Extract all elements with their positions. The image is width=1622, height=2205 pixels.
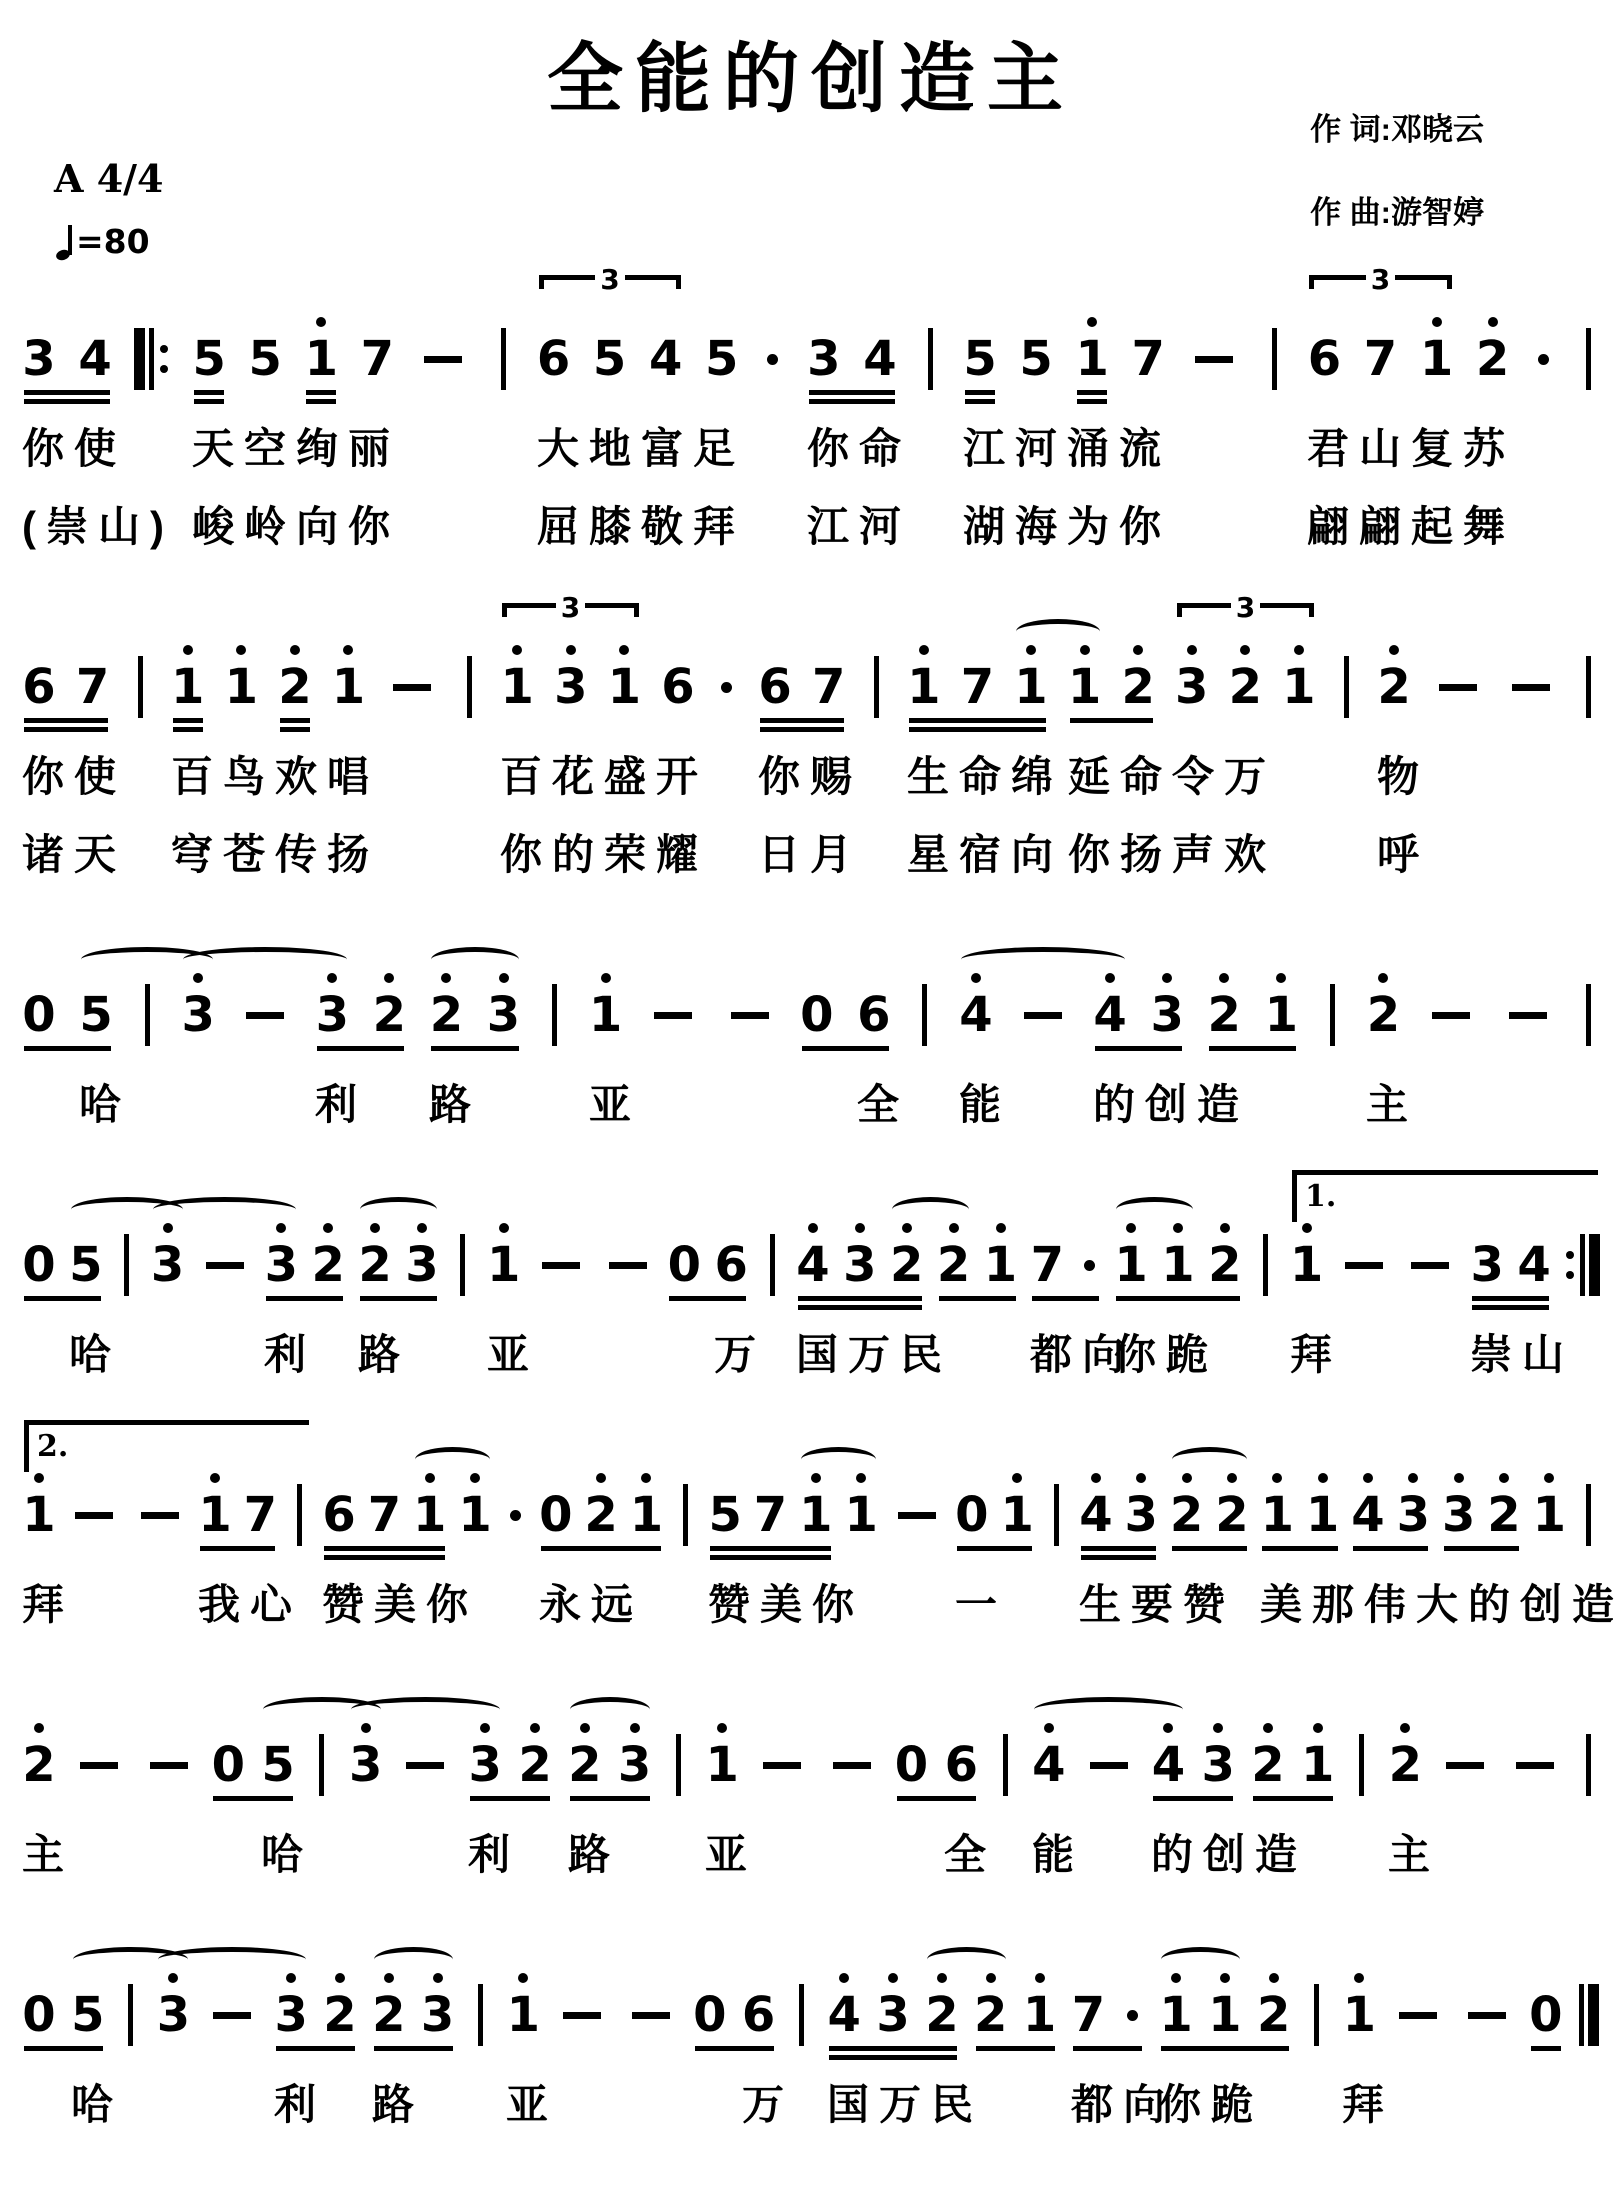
- dash-continuation: [198, 1220, 252, 1294]
- note: 3: [1175, 642, 1209, 716]
- notation-row: 20533223106443212: [22, 1672, 1600, 1814]
- note-digit: 1: [22, 1486, 55, 1544]
- octave-dot: [276, 1223, 286, 1233]
- note-digit: 5: [192, 330, 225, 388]
- note-digit: 4: [828, 1986, 861, 2044]
- note: 1: [705, 1720, 739, 1794]
- lyric-syllable: 国万民: [827, 2072, 983, 2132]
- lyric-syllable: 物: [1377, 744, 1429, 804]
- beam-underline: [1472, 1296, 1549, 1301]
- note: 1: [1290, 1220, 1324, 1294]
- beam-underline: [1081, 1546, 1156, 1551]
- note-digit: 7: [1031, 1236, 1064, 1294]
- note: 3: [405, 1220, 439, 1294]
- barline-single: [1263, 314, 1285, 388]
- dash-continuation: [1501, 970, 1555, 1044]
- octave-dot: [370, 1223, 380, 1233]
- beam-underline: [200, 1546, 275, 1551]
- triplet-bracket: 3: [1309, 266, 1452, 294]
- note-digit: 4: [649, 330, 682, 388]
- key-time-signature: A 4/4: [54, 156, 163, 201]
- rest-note: 0: [22, 1970, 56, 2044]
- lyric-syllable: 生要赞: [1079, 1572, 1235, 1632]
- note: 7: [1131, 314, 1165, 388]
- notation-row: 0533223106443212: [22, 922, 1600, 1064]
- beam-underline: [306, 390, 336, 395]
- note: 7: [1030, 1220, 1064, 1294]
- barline-single: [289, 1470, 311, 1544]
- beam-underline: [470, 1796, 550, 1801]
- dash-continuation: [398, 1720, 452, 1794]
- octave-dot: [937, 1973, 947, 1983]
- notation-row: 05332231064322171121341.: [22, 1172, 1600, 1314]
- note-digit: 2: [1389, 1736, 1422, 1794]
- note-digit: 3: [554, 658, 587, 716]
- beam-underline: [431, 1046, 519, 1051]
- octave-dot: [316, 317, 326, 327]
- note-digit: 1: [1114, 1236, 1147, 1294]
- note: 2: [278, 642, 312, 716]
- note-digit: 2: [22, 1736, 55, 1794]
- note: 2: [974, 1970, 1008, 2044]
- octave-dot: [425, 1473, 435, 1483]
- triplet-number: 3: [1231, 594, 1260, 622]
- octave-dot: [1272, 1473, 1282, 1483]
- note: 4: [959, 970, 993, 1044]
- note: 4: [1032, 1720, 1066, 1794]
- note-digit: 1: [225, 658, 258, 716]
- lyric-syllable: 亚: [589, 1072, 641, 1132]
- note: 1: [1161, 1220, 1195, 1294]
- note: 7: [360, 314, 394, 388]
- lyrics-row: 诸天穹苍传扬你的荣耀日月星宿向你扬声欢呼: [22, 814, 1600, 892]
- note: 3: [274, 1970, 308, 2044]
- note: 3: [421, 1970, 455, 2044]
- note: 6: [322, 1470, 356, 1544]
- lyric-syllable: 哈: [79, 1072, 131, 1132]
- lyrics-row: 哈利路亚全能的创造主: [22, 1064, 1600, 1142]
- lyric-syllable: 哈: [69, 1322, 121, 1382]
- dash-continuation: [1337, 1220, 1391, 1294]
- rest-note: 0: [800, 970, 834, 1044]
- octave-dot: [1354, 1973, 1364, 1983]
- note: 1: [1264, 970, 1298, 1044]
- note: 1: [1532, 1470, 1566, 1544]
- octave-dot: [1544, 1473, 1554, 1483]
- octave-dot: [512, 645, 522, 655]
- octave-dot: [343, 645, 353, 655]
- octave-dot: [996, 1223, 1006, 1233]
- note-digit: 2: [323, 1986, 356, 2044]
- notation-row: 67112113166717112321233: [22, 594, 1600, 736]
- dash-continuation: [723, 970, 777, 1044]
- barline-fin: [1578, 1970, 1600, 2044]
- note: 3: [22, 314, 56, 388]
- note: 7: [754, 1470, 788, 1544]
- note-digit: 7: [1364, 330, 1397, 388]
- note-digit: 3: [876, 1986, 909, 2044]
- slur-arc: [961, 947, 1125, 972]
- note: 6: [1307, 314, 1341, 388]
- note-digit: 6: [742, 1986, 775, 2044]
- note: 1: [799, 1470, 833, 1544]
- beam-underline: [541, 1546, 661, 1551]
- lyric-syllable: 利: [468, 1822, 520, 1882]
- lyric-syllable: 赞美你: [322, 1572, 478, 1632]
- dash-continuation: [238, 970, 292, 1044]
- beam-underline: [897, 1796, 976, 1801]
- triplet-number: 3: [556, 594, 585, 622]
- note-digit: 1: [1075, 330, 1108, 388]
- note-digit: 7: [1072, 1986, 1105, 2044]
- lyric-syllable: 亚: [487, 1322, 539, 1382]
- octave-dot: [888, 1973, 898, 1983]
- note-digit: 1: [501, 658, 534, 716]
- note: 1: [984, 1220, 1018, 1294]
- octave-dot: [1363, 1473, 1373, 1483]
- note-digit: 2: [358, 1236, 391, 1294]
- octave-dot: [1318, 1473, 1328, 1483]
- note-digit: 3: [1175, 658, 1208, 716]
- octave-dot: [290, 645, 300, 655]
- note-digit: 0: [668, 1236, 701, 1294]
- note: 4: [796, 1220, 830, 1294]
- lyric-syllable: 能: [959, 1072, 1011, 1132]
- rest-note: 0: [1529, 1970, 1563, 2044]
- beam-underline: [1353, 1546, 1428, 1551]
- note-digit: 3: [807, 330, 840, 388]
- lyric-syllable: 拜: [1290, 1322, 1342, 1382]
- note: 1: [1159, 1970, 1193, 2044]
- note: 1: [171, 642, 205, 716]
- barline-single: [994, 1720, 1016, 1794]
- octave-dot: [1227, 1473, 1237, 1483]
- octave-dot: [384, 973, 394, 983]
- note-digit: 2: [890, 1236, 923, 1294]
- lyric-syllable: 百花盛开: [500, 744, 708, 804]
- lyric-syllable: 诸天: [22, 822, 126, 882]
- note: 6: [857, 970, 891, 1044]
- dash-continuation: [534, 1220, 588, 1294]
- lyric-syllable: 利: [264, 1322, 316, 1382]
- beam-underline: [1070, 718, 1153, 723]
- note-digit: 7: [76, 658, 109, 716]
- note: 1: [413, 1470, 447, 1544]
- beam-underline: [669, 1296, 746, 1301]
- lyric-syllable: 延命令万: [1068, 744, 1276, 804]
- lyric-syllable: 路: [358, 1322, 410, 1382]
- music-system: 05332231064322171121341.哈利路亚万国万民都向你跪拜崇山: [22, 1172, 1600, 1392]
- triplet-bracket: 3: [539, 266, 681, 294]
- note-digit: 1: [171, 658, 204, 716]
- note-digit: 3: [1150, 986, 1183, 1044]
- slur-arc: [927, 1947, 1006, 1972]
- lyric-syllable: 屈膝敬拜: [537, 494, 745, 554]
- rest-note: 0: [211, 1720, 245, 1794]
- dash-continuation: [1460, 1970, 1514, 2044]
- octave-dot: [34, 1473, 44, 1483]
- beam-underline: [1095, 1046, 1182, 1051]
- lyric-syllable: 赞美你: [708, 1572, 864, 1632]
- note: 3: [1201, 1720, 1235, 1794]
- note-digit: 3: [181, 986, 214, 1044]
- note-digit: 6: [715, 1236, 748, 1294]
- tempo-marking: =80: [56, 222, 150, 261]
- dash-continuation: [624, 1970, 678, 2044]
- note-digit: 6: [22, 658, 55, 716]
- slur-arc: [374, 1947, 453, 1972]
- note: 1: [224, 642, 258, 716]
- note-digit: 3: [421, 1986, 454, 2044]
- note-digit: 1: [332, 658, 365, 716]
- octave-dot: [855, 1223, 865, 1233]
- octave-dot: [1294, 645, 1304, 655]
- rest-note: 0: [539, 1470, 573, 1544]
- rest-note: 0: [693, 1970, 727, 2044]
- barline-single: [129, 642, 151, 716]
- note-digit: 1: [1023, 1986, 1056, 2044]
- octave-dot: [34, 1723, 44, 1733]
- note-digit: 2: [925, 1986, 958, 2044]
- note-digit: 4: [796, 1236, 829, 1294]
- dash-continuation: [133, 1470, 187, 1544]
- note: 3: [1150, 970, 1184, 1044]
- note: 5: [708, 1470, 742, 1544]
- triplet-number: 3: [1366, 266, 1395, 294]
- note: 6: [742, 1970, 776, 2044]
- lyric-syllable: 你跪: [1159, 2072, 1263, 2132]
- note-digit: 1: [1068, 658, 1101, 716]
- octave-dot: [1187, 645, 1197, 655]
- note: 2: [372, 1970, 406, 2044]
- note-digit: 3: [843, 1236, 876, 1294]
- note: 6: [661, 642, 695, 716]
- notation-row: 3455176545345517671233: [22, 266, 1600, 408]
- octave-dot: [1499, 1473, 1509, 1483]
- slur-arc: [158, 1947, 306, 1972]
- note-digit: 2: [937, 1236, 970, 1294]
- barline-single: [544, 970, 566, 1044]
- note-digit: 1: [1159, 1986, 1192, 2044]
- lyrics-row: 主哈利路亚全能的创造主: [22, 1814, 1600, 1892]
- note: 4: [863, 314, 897, 388]
- lyric-syllable: 亚: [705, 1822, 757, 1882]
- note: 3: [349, 1720, 383, 1794]
- augmentation-dot: [503, 1470, 527, 1544]
- beam-underline: [317, 1046, 404, 1051]
- note-digit: 3: [1397, 1486, 1430, 1544]
- note-digit: 4: [1079, 1486, 1112, 1544]
- note-digit: 2: [1170, 1486, 1203, 1544]
- note-digit: 5: [1019, 330, 1052, 388]
- augmentation-dot: [1077, 1220, 1101, 1294]
- octave-dot: [1182, 1473, 1192, 1483]
- note-digit: 7: [368, 1486, 401, 1544]
- barline-single: [675, 1470, 697, 1544]
- lyric-syllable: 崇山: [1470, 1322, 1574, 1382]
- note: 2: [1228, 642, 1262, 716]
- lyric-syllable: 天空绚丽: [192, 416, 400, 476]
- octave-dot: [1105, 973, 1115, 983]
- note: 2: [1215, 1470, 1249, 1544]
- barline-single: [1578, 314, 1600, 388]
- note-digit: 2: [1476, 330, 1509, 388]
- note-digit: 7: [1132, 330, 1165, 388]
- note: 1: [1282, 642, 1316, 716]
- note: 4: [1093, 970, 1127, 1044]
- note: 6: [944, 1720, 978, 1794]
- lyric-syllable: 翩翩起舞: [1307, 494, 1515, 554]
- note: 1: [1342, 1970, 1376, 2044]
- octave-dot: [1378, 973, 1388, 983]
- lyric-syllable: 哈: [71, 2072, 123, 2132]
- lyric-syllable: (崇山): [22, 494, 174, 554]
- note-digit: 5: [705, 330, 738, 388]
- dash-continuation: [1508, 1720, 1562, 1794]
- note-digit: 3: [469, 1736, 502, 1794]
- note: 7: [1071, 1970, 1105, 2044]
- beam-underline: [939, 1296, 1016, 1301]
- note: 2: [518, 1720, 552, 1794]
- note: 1: [1014, 642, 1048, 716]
- lyric-syllable: 你使: [22, 416, 126, 476]
- note: 4: [1079, 1470, 1113, 1544]
- dash-continuation: [385, 642, 439, 716]
- note: 3: [1442, 1470, 1476, 1544]
- repeat-dots: [160, 345, 168, 373]
- note-digit: 2: [1121, 658, 1154, 716]
- note-digit: 0: [212, 1736, 245, 1794]
- note: 5: [593, 314, 627, 388]
- note: 1: [1301, 1720, 1335, 1794]
- octave-dot: [183, 645, 193, 655]
- music-system: 3455176545345517671233你使天空绚丽大地富足你命江河涌流君山…: [22, 266, 1600, 564]
- octave-dot: [1400, 1723, 1410, 1733]
- octave-dot: [1163, 1723, 1173, 1733]
- note: 2: [937, 1220, 971, 1294]
- slur-arc: [1034, 1697, 1183, 1722]
- note-digit: 6: [537, 330, 570, 388]
- octave-dot: [1133, 645, 1143, 655]
- note-digit: 1: [1306, 1486, 1339, 1544]
- octave-dot: [839, 1973, 849, 1983]
- note: 2: [568, 1720, 602, 1794]
- note-digit: 5: [593, 330, 626, 388]
- beam-underline: [802, 1046, 889, 1051]
- octave-dot: [1091, 1473, 1101, 1483]
- beam-underline: [194, 390, 224, 395]
- note-digit: 3: [618, 1736, 651, 1794]
- beam-underline: [695, 2046, 774, 2051]
- note-digit: 6: [945, 1736, 978, 1794]
- beam-underline: [1161, 2046, 1289, 2051]
- barline-single: [1351, 1720, 1373, 1794]
- lyric-syllable: 永远: [539, 1572, 643, 1632]
- lyric-syllable: 国万民: [796, 1322, 952, 1382]
- note-digit: 6: [1308, 330, 1341, 388]
- triplet-bracket: 3: [502, 594, 639, 622]
- octave-dot: [1454, 1473, 1464, 1483]
- note: 2: [890, 1220, 924, 1294]
- lyric-syllable: 呼: [1377, 822, 1429, 882]
- note: 1: [1000, 1470, 1034, 1544]
- note-digit: 3: [157, 1986, 190, 2044]
- note-digit: 7: [961, 658, 994, 716]
- note-digit: 4: [1517, 1236, 1550, 1294]
- note-digit: 3: [1201, 1736, 1234, 1794]
- lyric-syllable: 路: [372, 2072, 424, 2132]
- barline-single: [1578, 642, 1600, 716]
- lyric-syllable: 哈: [261, 1822, 313, 1882]
- barline-single: [452, 1220, 474, 1294]
- lyric-syllable: 百鸟欢唱: [171, 744, 379, 804]
- lyric-syllable: 生命绵: [907, 744, 1063, 804]
- dash-continuation: [1431, 642, 1485, 716]
- lyric-syllable: 你命: [807, 416, 911, 476]
- note: 2: [1487, 1470, 1521, 1544]
- note: 6: [758, 642, 792, 716]
- lyric-syllable: 路: [429, 1072, 481, 1132]
- octave-dot: [1162, 973, 1172, 983]
- note-digit: 5: [79, 986, 112, 1044]
- lyric-syllable: 君山复苏: [1307, 416, 1515, 476]
- note: 2: [372, 970, 406, 1044]
- notation-row: 1176711021571101432211433212.: [22, 1422, 1600, 1564]
- octave-dot: [286, 1973, 296, 1983]
- slur-arc: [183, 947, 347, 972]
- octave-dot: [193, 973, 203, 983]
- music-system: 053322310643221711210哈利路亚万国万民都向你跪拜: [22, 1922, 1600, 2142]
- beam-underline: [1172, 1546, 1247, 1551]
- triplet-bracket: 3: [1177, 594, 1314, 622]
- dash-continuation: [825, 1720, 879, 1794]
- lyric-syllable: 大地富足: [537, 416, 745, 476]
- lyrics-row: 拜我心赞美你永远赞美你一生要赞美那伟大的创造: [22, 1564, 1600, 1642]
- barline-end: [1564, 1220, 1600, 1294]
- note: 1: [1114, 1220, 1148, 1294]
- barline-single: [1578, 1720, 1600, 1794]
- note: 2: [1476, 314, 1510, 388]
- octave-dot: [808, 1223, 818, 1233]
- note-digit: 3: [274, 1986, 307, 2044]
- note-digit: 7: [754, 1486, 787, 1544]
- note-digit: 2: [373, 986, 406, 1044]
- note: 1: [458, 1470, 492, 1544]
- note-digit: 2: [1208, 986, 1241, 1044]
- note: 1: [331, 642, 365, 716]
- octave-dot: [641, 1473, 651, 1483]
- lyric-syllable: 的创造: [1093, 1072, 1249, 1132]
- lyric-syllable: 利: [274, 2072, 326, 2132]
- lyric-syllable: 江河涌流: [963, 416, 1171, 476]
- note: 3: [1396, 1470, 1430, 1544]
- note-digit: 3: [487, 986, 520, 1044]
- note: 6: [537, 314, 571, 388]
- barline-single: [1255, 1220, 1277, 1294]
- beam-underline: [798, 1296, 922, 1301]
- lyric-syllable: 穹苍传扬: [171, 822, 379, 882]
- octave-dot: [902, 1223, 912, 1233]
- octave-dot: [384, 1973, 394, 1983]
- octave-dot: [1302, 1223, 1312, 1233]
- note: 1: [506, 1970, 540, 2044]
- octave-dot: [433, 1973, 443, 1983]
- barline-single: [919, 314, 941, 388]
- octave-dot: [499, 1223, 509, 1233]
- lyric-syllable: 拜: [1342, 2072, 1394, 2132]
- note-digit: 1: [705, 1736, 738, 1794]
- note-digit: 3: [316, 986, 349, 1044]
